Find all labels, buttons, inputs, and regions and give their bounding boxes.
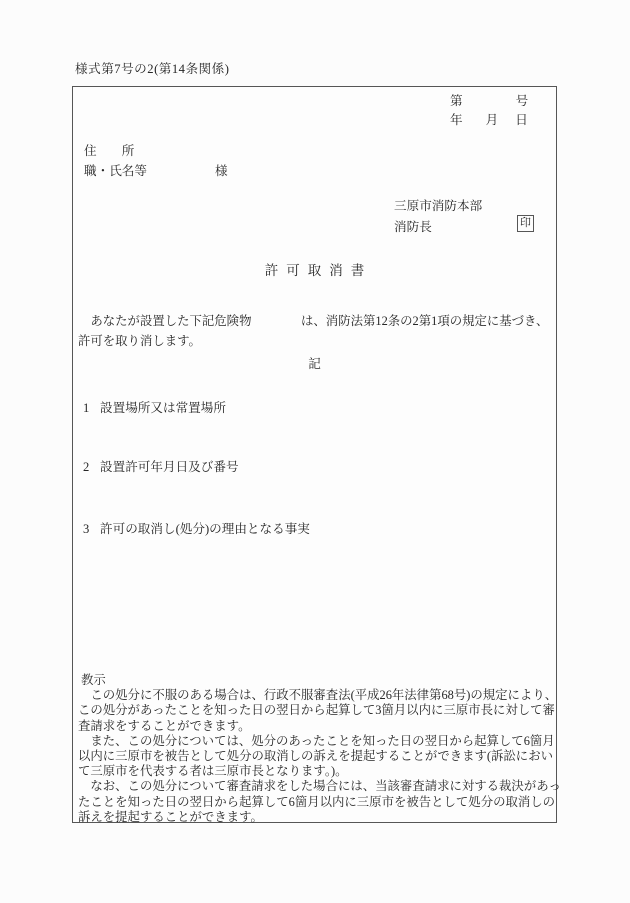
doc-no-suffix: 号 bbox=[516, 94, 529, 108]
notice-line: なお、この処分について審査請求をした場合には、当該審査請求に対する裁決があっ bbox=[78, 779, 561, 794]
item-label: 設置許可年月日及び番号 bbox=[100, 460, 239, 474]
item-number: 2 bbox=[83, 459, 100, 475]
notice-line: て三原市を代表する者は三原市長となります。)。 bbox=[78, 764, 561, 779]
doc-number-date-block: 第号 年月日 bbox=[450, 92, 528, 130]
list-item: 3許可の取消し(処分)の理由となる事実 bbox=[83, 521, 310, 537]
notice-line: また、この処分については、処分のあったことを知った日の翌日から起算して6箇月 bbox=[78, 734, 561, 749]
notice-line: 査請求をすることができます。 bbox=[78, 719, 561, 734]
notice-line: この処分があったことを知った日の翌日から起算して3箇月以内に三原市長に対して審 bbox=[78, 703, 561, 718]
recipient-address-label: 住 所 bbox=[84, 141, 228, 161]
notice-line: この処分に不服のある場合は、行政不服審査法(平成26年法律第68号)の規定により… bbox=[78, 688, 561, 703]
seal-mark: 印 bbox=[517, 215, 534, 232]
notice-line: たことを知った日の翌日から起算して6箇月以内に三原市を被告として処分の取消しの bbox=[78, 795, 561, 810]
item-number: 1 bbox=[83, 400, 100, 416]
date-day-label: 日 bbox=[515, 113, 528, 127]
honorific-label: 様 bbox=[215, 164, 228, 178]
notice-block: 教示 この処分に不服のある場合は、行政不服審査法(平成26年法律第68号)の規定… bbox=[78, 673, 561, 825]
body-paragraph: あなたが設置した下記危険物 は、消防法第12条の2第1項の規定に基づき、 許可を… bbox=[78, 311, 548, 351]
body-line: 許可を取り消します。 bbox=[78, 331, 548, 351]
recipient-name-line: 職・氏名等様 bbox=[84, 161, 228, 181]
notice-line: 以内に三原市を被告として処分の取消しの訴えを提起することができます(訴訟におい bbox=[78, 749, 561, 764]
notice-line: 訴えを提起することができます。 bbox=[78, 810, 561, 825]
doc-number-line: 第号 bbox=[450, 92, 528, 111]
doc-no-prefix: 第 bbox=[450, 94, 463, 108]
recipient-block: 住 所 職・氏名等様 bbox=[84, 141, 228, 181]
issuer-organization: 三原市消防本部 bbox=[394, 196, 482, 217]
issuer-block: 三原市消防本部 消防長 bbox=[394, 196, 482, 238]
body-line: あなたが設置した下記危険物 は、消防法第12条の2第1項の規定に基づき、 bbox=[78, 311, 548, 331]
document-page: 様式第7号の2(第14条関係) 第号 年月日 住 所 職・氏名等様 三原市消防本… bbox=[0, 0, 630, 903]
date-line: 年月日 bbox=[450, 111, 528, 130]
item-number: 3 bbox=[83, 521, 100, 537]
recipient-name-label: 職・氏名等 bbox=[84, 164, 147, 178]
date-year-label: 年 bbox=[450, 113, 463, 127]
issuer-title: 消防長 bbox=[394, 217, 482, 238]
record-label: 記 bbox=[73, 353, 556, 372]
form-number-label: 様式第7号の2(第14条関係) bbox=[75, 59, 229, 79]
list-item: 1設置場所又は常置場所 bbox=[83, 400, 226, 416]
item-label: 設置場所又は常置場所 bbox=[100, 401, 226, 415]
date-month-label: 月 bbox=[486, 113, 499, 127]
item-label: 許可の取消し(処分)の理由となる事実 bbox=[100, 522, 310, 536]
list-item: 2設置許可年月日及び番号 bbox=[83, 459, 239, 475]
document-box: 第号 年月日 住 所 職・氏名等様 三原市消防本部 消防長 印 許可取消書 あな… bbox=[72, 86, 557, 823]
notice-heading: 教示 bbox=[78, 673, 561, 688]
document-title: 許可取消書 bbox=[73, 259, 556, 279]
